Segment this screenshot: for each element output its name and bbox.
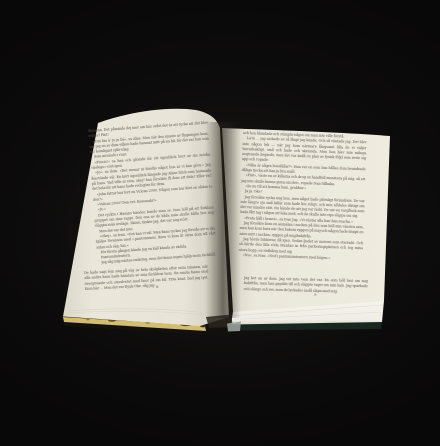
paragraph: Jag bet en av dem. Jag vet inte vem det …: [244, 276, 368, 295]
right-page-number: 9: [314, 292, 317, 297]
open-book-photo: [0, 0, 440, 446]
left-page-text: Sinnena. Det påminde dej mer om hur svår…: [88, 121, 217, 267]
right-page-closing-paragraph: Jag bet en av dem. Jag vet inte vem det …: [244, 276, 368, 295]
paragraph: La'm … jag nickade av så långt jag kunde…: [242, 136, 367, 167]
photo-scene: Sinnena. Det påminde dej mer om hur svår…: [0, 0, 440, 446]
right-page-text: och hon blundade och stängde något om ma…: [239, 131, 367, 262]
left-page-number: 8: [156, 284, 159, 289]
